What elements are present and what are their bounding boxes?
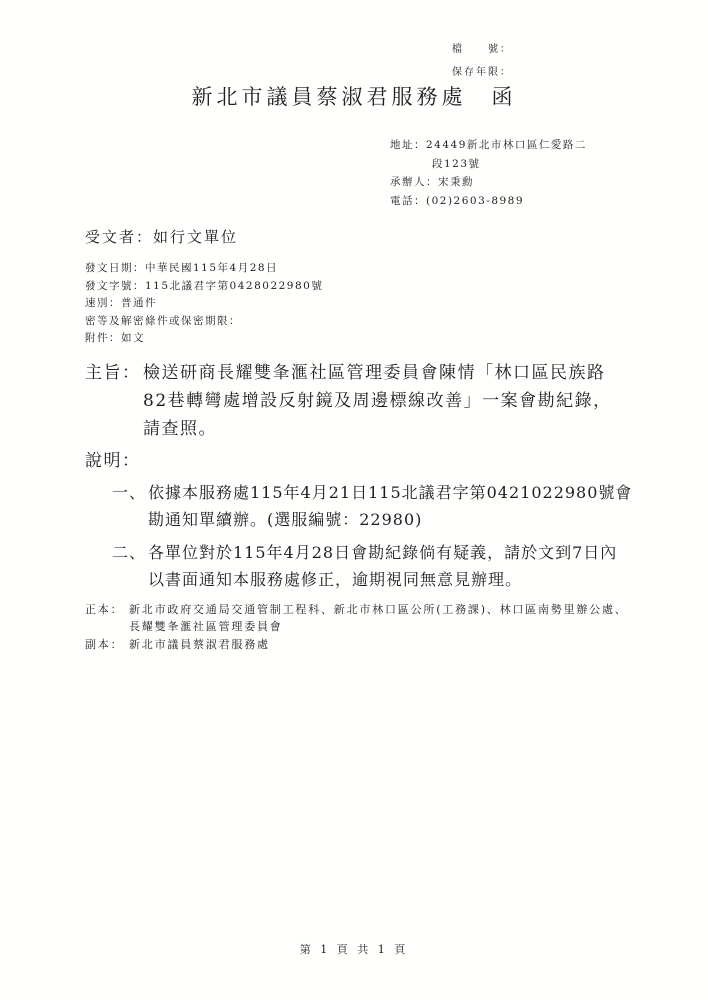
meta-attachment: 附件：如文 — [85, 330, 708, 348]
description-item-1: 一、 依據本服務處115年4月21日115北議君字第0421022980號會勘通… — [112, 479, 634, 533]
sender-officer: 承辦人：宋秉勳 — [390, 173, 708, 192]
file-number-label: 檔 號： — [452, 38, 512, 61]
recipient-line: 受文者：如行文單位 — [85, 226, 708, 248]
description-label: 說明： — [85, 449, 708, 473]
page-number-footer: 第 1 頁 共 1 頁 — [0, 941, 708, 958]
original-recipients-label: 正本： — [85, 601, 129, 619]
subject-text: 檢送研商長耀雙夆滙社區管理委員會陳情「林口區民族路82巷轉彎處增設反射鏡及周邊標… — [143, 359, 615, 443]
description-item-2: 二、 各單位對於115年4月28日會勘紀錄倘有疑義，請於文到7日內以書面通知本服… — [112, 539, 634, 593]
retention-period-label: 保存年限： — [452, 61, 512, 84]
sender-phone: 電話：(02)2603-8989 — [390, 192, 708, 211]
sender-info-block: 地址：24449新北市林口區仁愛路二 段123號 承辦人：宋秉勳 電話：(02)… — [390, 136, 708, 210]
meta-issue-date: 發文日期：中華民國115年4月28日 — [85, 260, 708, 278]
cc-recipients-text: 新北市議員蔡淑君服務處 — [129, 636, 629, 654]
official-letter-page: 檔 號： 保存年限： 新北市議員蔡淑君服務處 函 地址：24449新北市林口區仁… — [0, 0, 708, 1000]
meta-speed-class: 速別：普通件 — [85, 295, 708, 313]
description-item-2-marker: 二、 — [112, 539, 148, 566]
original-recipients-text: 新北市政府交通局交通管制工程科、新北市林口區公所(工務課)、林口區南勢里辦公處、… — [129, 601, 629, 636]
description-item-1-text: 依據本服務處115年4月21日115北議君字第0421022980號會勘通知單續… — [148, 479, 634, 533]
sender-address-line2: 段123號 — [432, 155, 708, 174]
original-recipients-row: 正本： 新北市政府交通局交通管制工程科、新北市林口區公所(工務課)、林口區南勢里… — [85, 601, 630, 636]
document-title: 新北市議員蔡淑君服務處 函 — [0, 0, 708, 112]
document-meta-block: 發文日期：中華民國115年4月28日 發文字號：115北議君字第04280229… — [85, 260, 708, 348]
cc-recipients-label: 副本： — [85, 636, 129, 654]
sender-address-line1: 地址：24449新北市林口區仁愛路二 — [390, 136, 708, 155]
description-item-1-marker: 一、 — [112, 479, 148, 506]
meta-doc-number: 發文字號：115北議君字第0428022980號 — [85, 278, 708, 296]
meta-security-class: 密等及解密條件或保密期限： — [85, 313, 708, 331]
subject-label: 主旨： — [85, 359, 143, 387]
archive-block: 檔 號： 保存年限： — [452, 38, 512, 84]
cc-recipients-row: 副本： 新北市議員蔡淑君服務處 — [85, 636, 630, 654]
subject-section: 主旨： 檢送研商長耀雙夆滙社區管理委員會陳情「林口區民族路82巷轉彎處增設反射鏡… — [85, 359, 625, 443]
description-item-2-text: 各單位對於115年4月28日會勘紀錄倘有疑義，請於文到7日內以書面通知本服務處修… — [148, 539, 634, 593]
